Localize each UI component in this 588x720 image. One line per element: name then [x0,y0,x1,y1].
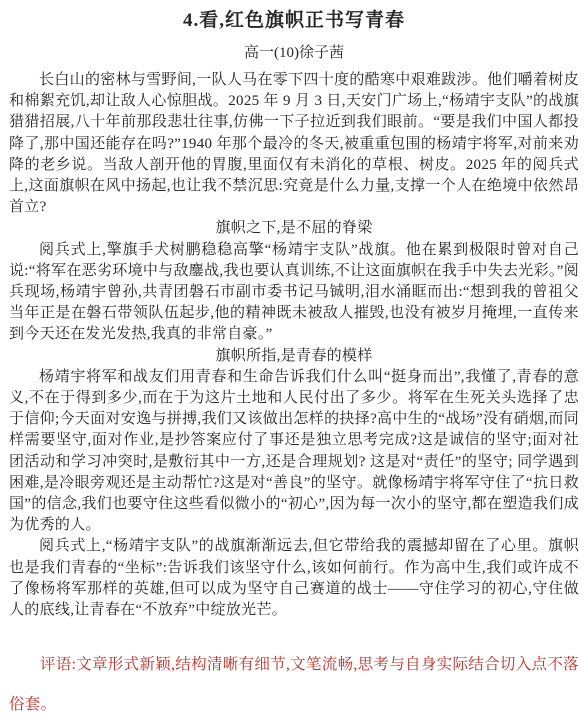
section-heading-2: 旗帜所指,是青春的模样 [9,346,579,367]
section-heading-1: 旗帜之下,是不屈的脊梁 [9,218,579,239]
teacher-comment: 评语:文章形式新颖,结构清晰有细节,文笔流畅,思考与自身实际结合切入点不落俗套。 [9,645,579,720]
essay-paragraph-flagbearer: 阅兵式上,擎旗手犬树鹏稳稳高擎“杨靖宇支队”战旗。他在累到极限时曾对自己说:“将… [9,240,579,346]
essay-byline: 高一(10)徐子茜 [9,43,579,63]
essay-paragraph-intro: 长白山的密林与雪野间,一队人马在零下四十度的酷寒中艰难跋涉。他们嚼着树皮和棉絮充… [9,70,579,218]
essay-paragraph-youth: 杨靖宇将军和战友们用青春和生命告诉我们什么叫“挺身而出”,我懂了,青春的意义,不… [9,367,579,537]
essay-document: 4.看,红色旗帜正书写青春 高一(10)徐子茜 长白山的密林与雪野间,一队人马在… [0,0,588,720]
essay-title: 4.看,红色旗帜正书写青春 [9,8,579,34]
essay-paragraph-conclusion: 阅兵式上,“杨靖宇支队”的战旗渐渐远去,但它带给我的震撼却留在了心里。旗帜也是我… [9,536,579,621]
